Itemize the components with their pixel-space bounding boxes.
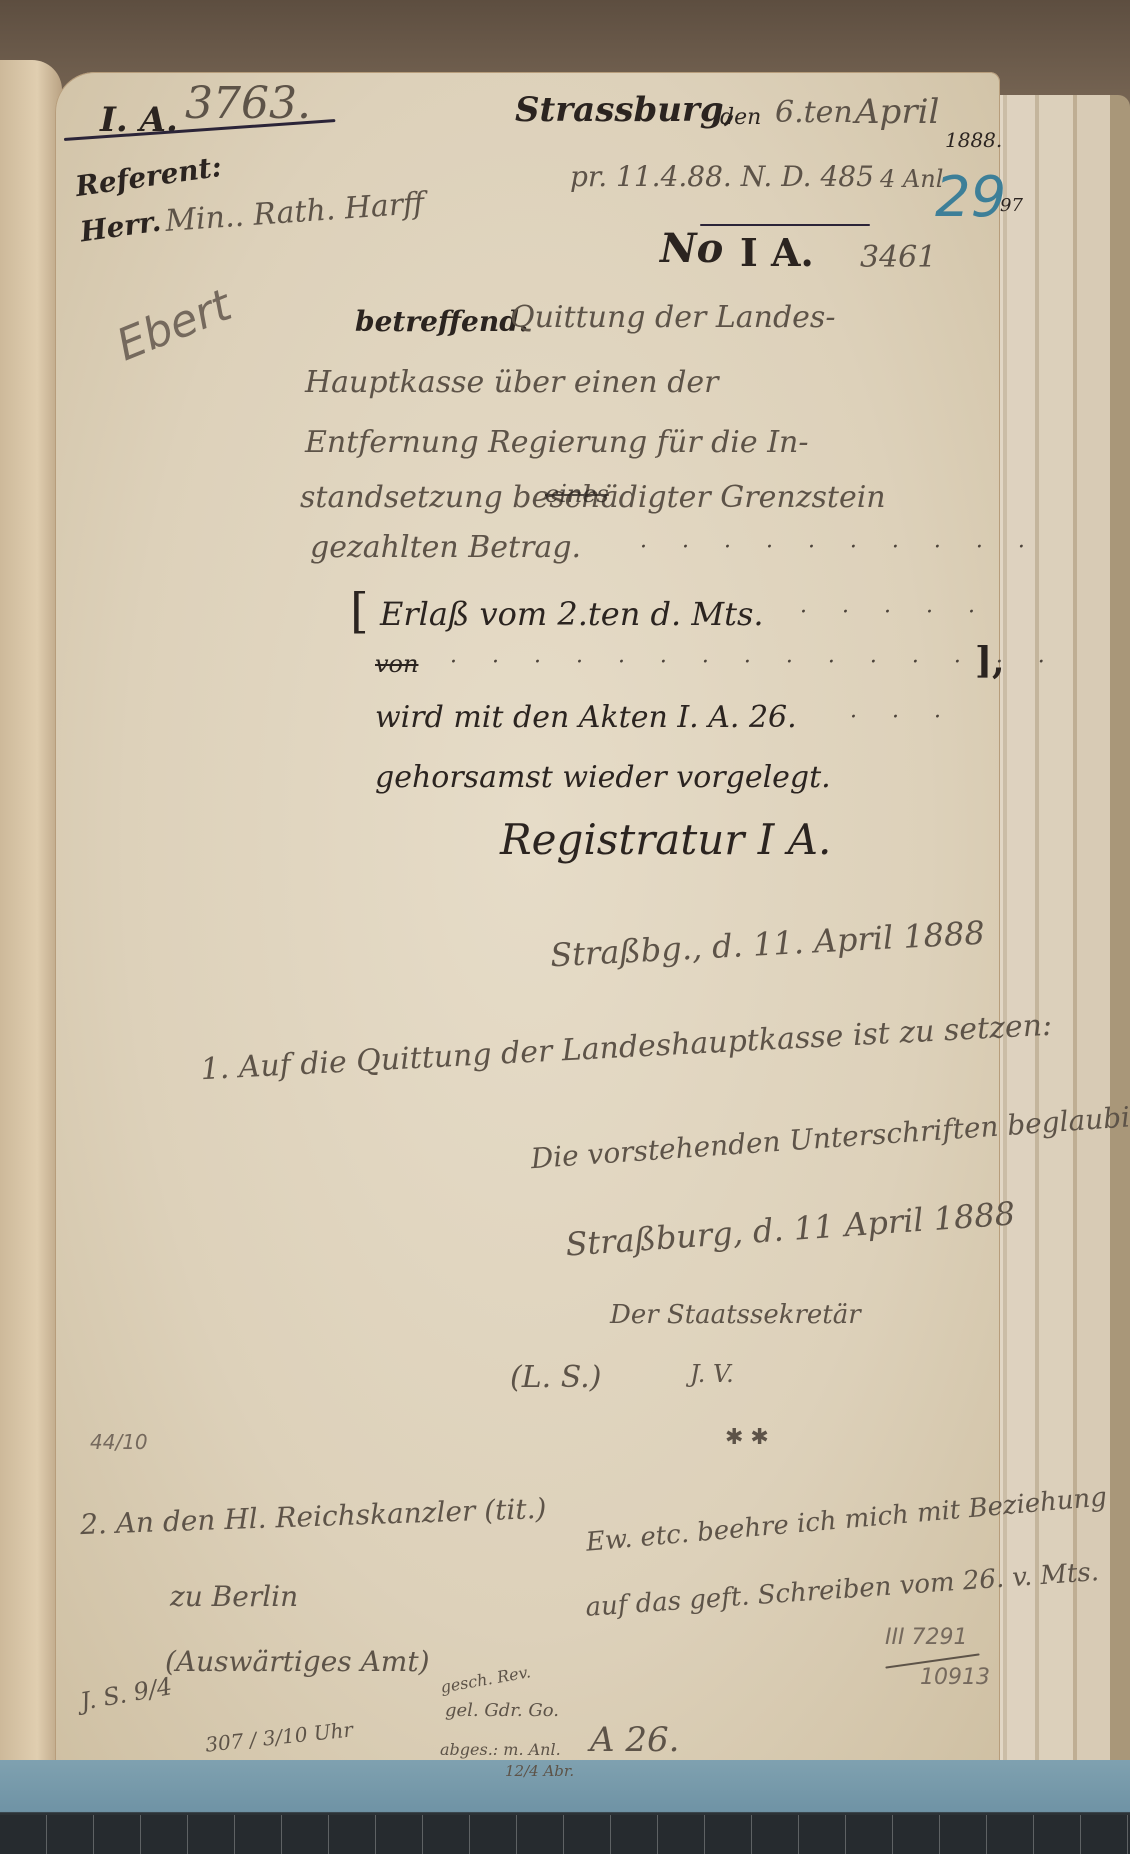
reference-struck-word: von (375, 650, 418, 678)
header-month: April (855, 92, 939, 132)
registry-signature: Registratur I A. (500, 815, 831, 864)
subject-struck-word: eines (545, 480, 609, 508)
separator-marks: ✱ ✱ (725, 1425, 769, 1450)
page-stack-edges (985, 95, 1130, 1785)
transmission-line-1: wird mit den Akten I. A. 26. (375, 700, 797, 735)
case-number-bottom: 10913 (920, 1665, 990, 1690)
subject-line-3: Entfernung Regierung für die In- (305, 425, 809, 460)
cutting-mat (0, 1815, 1130, 1854)
header-place: Strassburg, (515, 90, 736, 130)
reference-fill-dots-1: · · · · · (800, 600, 989, 625)
seal-mark: (L. S.) (510, 1360, 601, 1395)
registry-no-label: No (660, 225, 723, 272)
subject-label: betreffend. (355, 305, 529, 338)
item-2-line-3: (Auswärtiges Amt) (165, 1645, 430, 1678)
dispatch-note-4: 12/4 Abr. (505, 1762, 574, 1780)
reference-bracket-open: [ (350, 583, 369, 639)
registry-number-overline (700, 224, 870, 226)
registry-series: I A. (740, 230, 814, 275)
reference-fill-dots-2: · · · · · · · · · · · · · · · (450, 650, 1059, 675)
received-note-suffix: 4 Anl (880, 165, 943, 193)
subject-line-5: gezahlten Betrag. (310, 530, 581, 565)
subject-line-1: Quittung der Landes- (510, 300, 835, 335)
reference-line-1: Erlaß vom 2.ten d. Mts. (380, 595, 764, 633)
transmission-line-2: gehorsamst wieder vorgelegt. (375, 760, 831, 795)
bottom-file-ref: A 26. (590, 1720, 679, 1760)
dispatch-note-2: gel. Gdr. Go. (445, 1700, 559, 1721)
registry-number: 3461 (860, 240, 936, 275)
left-page-edge (0, 60, 62, 1780)
seal-initials: J. V. (690, 1360, 734, 1388)
subject-fill-dots: · · · · · · · · · · (640, 535, 1039, 560)
header-year: 1888. (945, 128, 1002, 152)
subject-line-2: Hauptkasse über einen der (305, 365, 719, 400)
received-note: pr. 11.4.88. N. D. 485 (570, 160, 874, 193)
header-day: 6.ten (775, 95, 853, 130)
certification-office: Der Staatssekretär (610, 1300, 861, 1330)
right-margin-mark: 97 (1000, 195, 1023, 216)
reference-bracket-close: ], (975, 640, 1005, 682)
transmission-fill-dots: · · · (850, 705, 955, 730)
folio-number-blue: 29 (935, 165, 1006, 230)
item-2-line-2: zu Berlin (170, 1580, 298, 1613)
margin-number: 44/10 (90, 1430, 148, 1454)
case-number-top: III 7291 (885, 1625, 967, 1650)
header-date-prefix: den (720, 105, 761, 130)
dispatch-note-3: abges.: m. Anl. (440, 1740, 561, 1759)
